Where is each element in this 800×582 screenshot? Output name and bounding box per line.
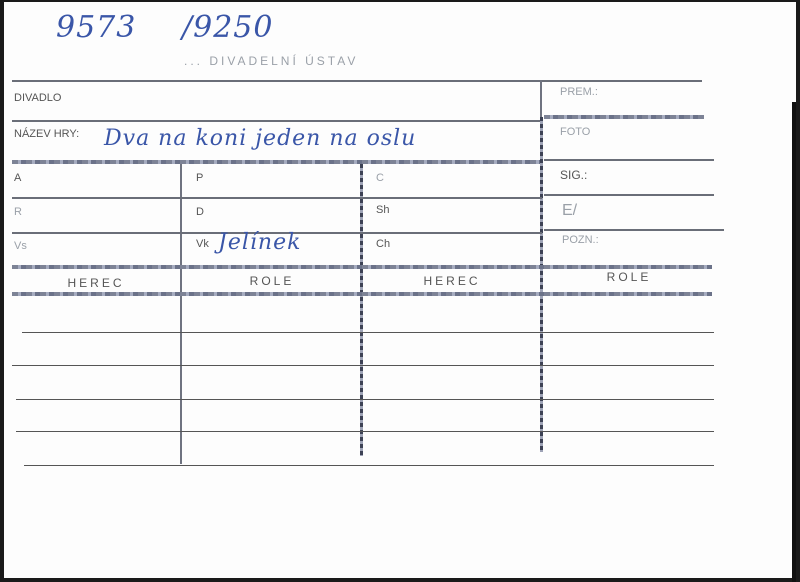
field-label-vk: Vk: [196, 238, 209, 250]
field-label-nazev-hry: NÁZEV HRY:: [14, 128, 79, 140]
scan-edge: [792, 102, 796, 582]
field-label-foto: FOTO: [560, 126, 590, 138]
table-row: [24, 465, 714, 466]
col-header-role-2: ROLE: [544, 270, 714, 284]
table-row: [16, 431, 714, 432]
field-value-nazev-hry: Dva na koni jeden na oslu: [104, 126, 416, 151]
divider: [544, 229, 724, 231]
divider: [12, 292, 712, 296]
field-label-pozn: POZN.:: [562, 234, 599, 246]
field-label-vs: Vs: [14, 240, 27, 252]
divider: [544, 159, 714, 161]
table-row: [22, 332, 714, 333]
divider: [360, 164, 363, 456]
field-label-prem: PREM.:: [560, 86, 598, 98]
field-label-sig: SIG.:: [560, 168, 587, 182]
divider: [12, 160, 542, 164]
divider: [540, 117, 543, 452]
field-label-p: P: [196, 172, 203, 184]
divider: [180, 164, 182, 464]
institution-header: ... DIVADELNÍ ÚSTAV: [184, 54, 358, 68]
col-header-herec-1: HEREC: [12, 276, 180, 290]
field-label-sh: Sh: [376, 204, 389, 216]
archive-card: 9573 /9250 ... DIVADELNÍ ÚSTAV DIVADLO P…: [4, 2, 796, 578]
field-value-vk: Jelínek: [218, 230, 301, 255]
field-label-ch: Ch: [376, 238, 390, 250]
divider: [12, 265, 712, 269]
table-row: [12, 365, 714, 366]
divider: [12, 80, 702, 82]
table-row: [16, 399, 714, 400]
divider: [544, 115, 704, 119]
divider: [544, 194, 714, 196]
divider: [12, 120, 542, 122]
inventory-number: 9573: [56, 10, 136, 45]
secondary-number: /9250: [182, 10, 273, 45]
field-label-d: D: [196, 206, 204, 218]
field-label-c: C: [376, 172, 384, 184]
field-label-e: E/: [562, 202, 577, 220]
field-label-r: R: [14, 206, 22, 218]
col-header-herec-2: HEREC: [364, 274, 540, 288]
col-header-role-1: ROLE: [184, 274, 360, 288]
field-label-divadlo: DIVADLO: [14, 92, 61, 104]
field-label-a: A: [14, 172, 21, 184]
divider: [12, 197, 542, 199]
